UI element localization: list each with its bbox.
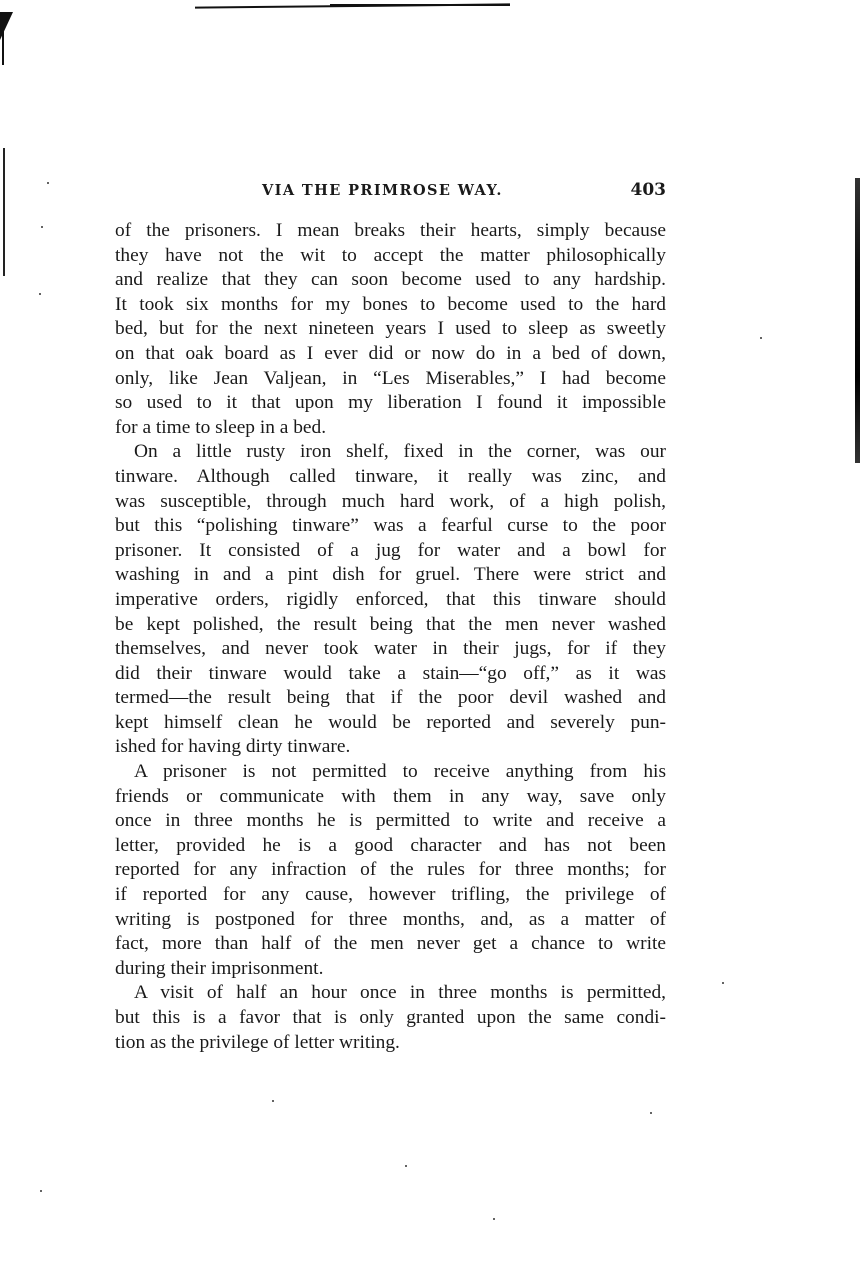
- text-line: termed—the result being that if the poor…: [115, 686, 666, 711]
- text-line: be kept polished, the result being that …: [115, 613, 666, 638]
- paragraph: of the prisoners. I mean breaks their he…: [115, 219, 666, 440]
- text-line: A prisoner is not permitted to receive a…: [115, 760, 666, 785]
- text-line: they have not the wit to accept the matt…: [115, 244, 666, 269]
- text-line: once in three months he is permitted to …: [115, 809, 666, 834]
- scan-speck: [760, 337, 762, 339]
- scan-speck: [650, 1112, 652, 1114]
- text-line: if reported for any cause, however trifl…: [115, 883, 666, 908]
- text-line: tion as the privilege of letter writing.: [115, 1031, 666, 1056]
- text-line: On a little rusty iron shelf, fixed in t…: [115, 440, 666, 465]
- body-text: of the prisoners. I mean breaks their he…: [115, 219, 666, 1055]
- scan-speck: [493, 1218, 495, 1220]
- text-line: but this is a favor that is only granted…: [115, 1006, 666, 1031]
- running-head: VIA THE PRIMROSE WAY.: [262, 182, 503, 199]
- text-line: and realize that they can soon become us…: [115, 268, 666, 293]
- scan-edge-right: [855, 178, 860, 463]
- scan-edge-left: [3, 148, 5, 276]
- scan-speck: [41, 226, 43, 228]
- text-line: prisoner. It consisted of a jug for wate…: [115, 539, 666, 564]
- text-line: ished for having dirty tinware.: [115, 735, 666, 760]
- text-line: washing in and a pint dish for gruel. Th…: [115, 563, 666, 588]
- paragraph: On a little rusty iron shelf, fixed in t…: [115, 440, 666, 760]
- text-line: letter, provided he is a good character …: [115, 834, 666, 859]
- text-line: of the prisoners. I mean breaks their he…: [115, 219, 666, 244]
- text-line: bed, but for the next nineteen years I u…: [115, 317, 666, 342]
- text-line: was susceptible, through much hard work,…: [115, 490, 666, 515]
- text-line: friends or communicate with them in any …: [115, 785, 666, 810]
- text-line: tinware. Although called tinware, it rea…: [115, 465, 666, 490]
- text-line: but this “polishing tinware” was a fearf…: [115, 514, 666, 539]
- paragraph: A prisoner is not permitted to receive a…: [115, 760, 666, 981]
- scan-speck: [40, 1190, 42, 1192]
- text-line: kept himself clean he would be reported …: [115, 711, 666, 736]
- text-line: on that oak board as I ever did or now d…: [115, 342, 666, 367]
- text-line: only, like Jean Valjean, in “Les Miserab…: [115, 367, 666, 392]
- page-number: 403: [631, 180, 667, 200]
- text-line: It took six months for my bones to becom…: [115, 293, 666, 318]
- scan-speck: [405, 1165, 407, 1167]
- text-line: during their imprisonment.: [115, 957, 666, 982]
- scan-speck: [47, 182, 49, 184]
- text-line: themselves, and never took water in thei…: [115, 637, 666, 662]
- text-line: reported for any infraction of the rules…: [115, 858, 666, 883]
- scan-speck: [272, 1100, 274, 1102]
- scan-edge-left: [2, 20, 4, 65]
- text-line: imperative orders, rigidly enforced, tha…: [115, 588, 666, 613]
- text-line: for a time to sleep in a bed.: [115, 416, 666, 441]
- text-line: A visit of half an hour once in three mo…: [115, 981, 666, 1006]
- paragraph: A visit of half an hour once in three mo…: [115, 981, 666, 1055]
- scan-speck: [39, 293, 41, 295]
- text-line: did their tinware would take a stain—“go…: [115, 662, 666, 687]
- page-header: VIA THE PRIMROSE WAY. 403: [262, 180, 666, 204]
- text-line: writing is postponed for three months, a…: [115, 908, 666, 933]
- text-line: so used to it that upon my liberation I …: [115, 391, 666, 416]
- scan-edge-top: [330, 4, 510, 6]
- scan-speck: [722, 982, 724, 984]
- text-line: fact, more than half of the men never ge…: [115, 932, 666, 957]
